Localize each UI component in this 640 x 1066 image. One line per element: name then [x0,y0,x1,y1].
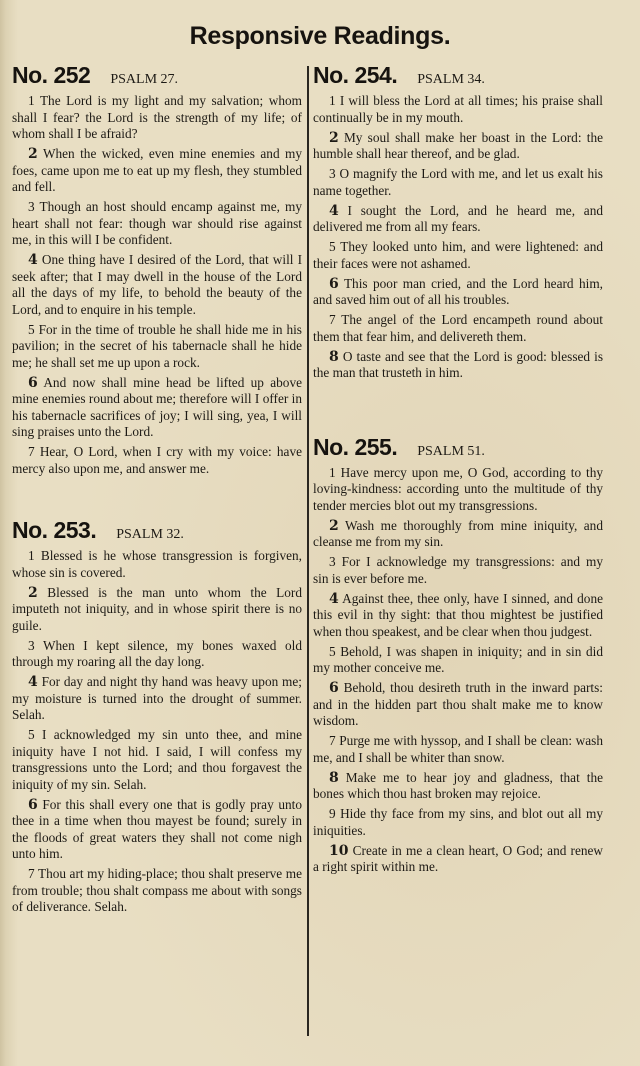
verse-number: 5 [28,322,35,337]
verse-text: And now shall mine head be lifted up abo… [12,375,302,440]
verse: 10 Create in me a clean heart, O God; an… [313,843,603,876]
reading-252: No. 252 PSALM 27. 1 The Lord is my light… [12,62,302,477]
reading-number: No. 252 [12,62,90,89]
verse: 5 Behold, I was shapen in iniquity; and … [313,644,603,677]
verse-text: Have mercy upon me, O God, according to … [313,465,603,513]
verse: 5 For in the time of trouble he shall hi… [12,322,302,372]
verse-number: 9 [329,806,336,821]
verse-list: 1 The Lord is my light and my salvation;… [12,93,302,477]
verse-list: 1 I will bless the Lord at all times; hi… [313,93,603,382]
verse: 4 For day and night thy hand was heavy u… [12,674,302,724]
psalm-reference: PSALM 51. [417,444,485,460]
verse: 4 I sought the Lord, and he heard me, an… [313,203,603,236]
verse-number: 2 [329,130,339,146]
verse-text: Purge me with hyssop, and I shall be cle… [313,733,603,765]
verse-text: When the wicked, even mine enemies and m… [12,146,302,194]
verse-number: 5 [329,644,336,659]
left-column: No. 252 PSALM 27. 1 The Lord is my light… [12,62,302,919]
reading-header: No. 255. PSALM 51. [313,434,603,461]
verse-text: For in the time of trouble he shall hide… [12,322,302,370]
verse: 6 For this shall every one that is godly… [12,797,302,863]
verse-number: 6 [28,375,38,391]
verse-number: 10 [329,843,348,859]
verse-number: 6 [329,276,339,292]
verse-text: When I kept silence, my bones waxed old … [12,638,302,670]
verse-text: For I acknowledge my transgressions: and… [313,554,603,586]
verse-number: 2 [28,585,38,601]
verse: 7 Purge me with hyssop, and I shall be c… [313,733,603,766]
verse-list: 1 Have mercy upon me, O God, according t… [313,465,603,876]
verse-text: One thing have I desired of the Lord, th… [12,252,302,317]
verse-text: O magnify the Lord with me, and let us e… [313,166,603,198]
reading-255: No. 255. PSALM 51. 1 Have mercy upon me,… [313,434,603,876]
verse-text: Wash me thoroughly from mine iniquity, a… [313,518,603,550]
verse-text: For day and night thy hand was heavy upo… [12,674,302,722]
verse-number: 2 [329,518,339,534]
verse-text: Blessed is he whose transgression is for… [12,548,302,580]
verse-number: 7 [28,866,35,881]
verse: 8 O taste and see that the Lord is good:… [313,349,603,382]
verse-text: I sought the Lord, and he heard me, and … [313,203,603,235]
verse-number: 1 [329,93,336,108]
verse: 6 And now shall mine head be lifted up a… [12,375,302,441]
verse-list: 1 Blessed is he whose transgression is f… [12,548,302,916]
verse-number: 8 [329,770,339,786]
verse-number: 4 [28,252,38,268]
verse-text: Hide thy face from my sins, and blot out… [313,806,603,838]
verse-number: 8 [329,349,339,365]
verse-number: 4 [329,203,339,219]
verse-text: Thou art my hiding-place; thou shalt pre… [12,866,302,914]
verse: 6 Behold, thou desireth truth in the inw… [313,680,603,730]
verse-number: 6 [329,680,339,696]
verse-number: 3 [329,166,336,181]
verse-number: 2 [28,146,38,162]
verse-text: Against thee, thee only, have I sinned, … [313,591,603,639]
verse-text: The angel of the Lord encampeth round ab… [313,312,603,344]
right-column: No. 254. PSALM 34. 1 I will bless the Lo… [313,62,603,879]
verse-text: Make me to hear joy and gladness, that t… [313,770,603,802]
verse-number: 3 [28,638,35,653]
psalm-reference: PSALM 27. [110,72,178,88]
verse: 2 My soul shall make her boast in the Lo… [313,130,603,163]
verse-text: My soul shall make her boast in the Lord… [313,130,603,162]
verse-text: Though an host should encamp against me,… [12,199,302,247]
verse: 1 Have mercy upon me, O God, according t… [313,465,603,515]
verse-number: 7 [329,733,336,748]
reading-header: No. 254. PSALM 34. [313,62,603,89]
verse-number: 4 [28,674,38,690]
verse: 1 The Lord is my light and my salvation;… [12,93,302,143]
verse: 3 O magnify the Lord with me, and let us… [313,166,603,199]
verse: 7 Hear, O Lord, when I cry with my voice… [12,444,302,477]
verse-text: This poor man cried, and the Lord heard … [313,276,603,308]
verse: 2 Blessed is the man unto whom the Lord … [12,585,302,635]
verse-number: 3 [28,199,35,214]
verse-text: Behold, thou desireth truth in the inwar… [313,680,603,728]
verse: 3 Though an host should encamp against m… [12,199,302,249]
verse: 2 Wash me thoroughly from mine iniquity,… [313,518,603,551]
verse-number: 3 [329,554,336,569]
verse: 5 They looked unto him, and were lighten… [313,239,603,272]
verse-text: Create in me a clean heart, O God; and r… [313,843,603,875]
verse: 3 When I kept silence, my bones waxed ol… [12,638,302,671]
verse: 8 Make me to hear joy and gladness, that… [313,770,603,803]
verse-text: Blessed is the man unto whom the Lord im… [12,585,302,633]
verse-number: 7 [329,312,336,327]
verse: 2 When the wicked, even mine enemies and… [12,146,302,196]
verse: 1 Blessed is he whose transgression is f… [12,548,302,581]
verse-text: I acknowledged my sin unto thee, and min… [12,727,302,792]
psalm-reference: PSALM 34. [417,72,485,88]
verse: 9 Hide thy face from my sins, and blot o… [313,806,603,839]
verse-number: 1 [28,93,35,108]
verse: 7 The angel of the Lord encampeth round … [313,312,603,345]
verse-number: 5 [329,239,336,254]
verse: 6 This poor man cried, and the Lord hear… [313,276,603,309]
reading-header: No. 253. PSALM 32. [12,517,302,544]
verse: 7 Thou art my hiding-place; thou shalt p… [12,866,302,916]
reading-header: No. 252 PSALM 27. [12,62,302,89]
verse-number: 7 [28,444,35,459]
verse-text: O taste and see that the Lord is good: b… [313,349,603,381]
verse: 4 One thing have I desired of the Lord, … [12,252,302,318]
verse-number: 5 [28,727,35,742]
reading-number: No. 253. [12,517,96,544]
verse-text: For this shall every one that is godly p… [12,797,302,862]
verse-number: 6 [28,797,38,813]
verse: 4 Against thee, thee only, have I sinned… [313,591,603,641]
reading-number: No. 254. [313,62,397,89]
verse-text: Behold, I was shapen in iniquity; and in… [313,644,603,676]
verse: 1 I will bless the Lord at all times; hi… [313,93,603,126]
verse-number: 1 [329,465,336,480]
verse-text: The Lord is my light and my salvation; w… [12,93,302,141]
verse-number: 1 [28,548,35,563]
verse-number: 4 [329,591,339,607]
verse-text: I will bless the Lord at all times; his … [313,93,603,125]
reading-254: No. 254. PSALM 34. 1 I will bless the Lo… [313,62,603,382]
column-divider [307,66,309,1036]
verse-text: Hear, O Lord, when I cry with my voice: … [12,444,302,476]
verse: 3 For I acknowledge my transgressions: a… [313,554,603,587]
page-title: Responsive Readings. [0,22,640,51]
reading-number: No. 255. [313,434,397,461]
reading-253: No. 253. PSALM 32. 1 Blessed is he whose… [12,517,302,916]
verse: 5 I acknowledged my sin unto thee, and m… [12,727,302,793]
verse-text: They looked unto him, and were lightened… [313,239,603,271]
psalm-reference: PSALM 32. [116,527,184,543]
